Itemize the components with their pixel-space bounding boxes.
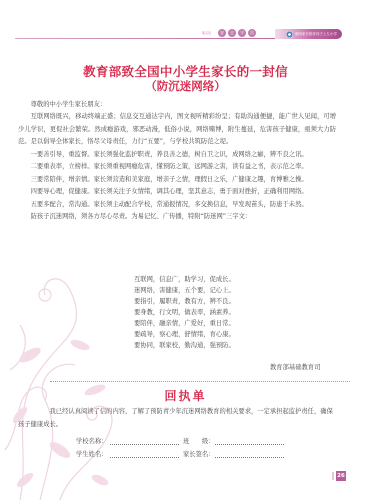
letter-paragraph: 二要重表率，立榜样。家长须重视网瘾危害，懂预防之策，远网游之害，读有益之书，表示… bbox=[18, 161, 336, 173]
letter-paragraph: 三要常陪伴，增亲情。家长须营造和美家庭，增亲子之情，理假日之乐，广健康之趣，育博… bbox=[18, 174, 336, 186]
page-subtitle: （防沉迷网络） bbox=[0, 78, 371, 94]
class-label: 班 级： bbox=[183, 436, 215, 445]
letter-paragraph: 五要多配合，常沟通。家长须主动配合学校，常通报情况，多交换信息，早发现苗头，防患… bbox=[18, 199, 336, 211]
form-row-school: 学校名称： 班 级： bbox=[76, 436, 288, 445]
student-name-label: 学生姓名： bbox=[76, 449, 110, 458]
letter-paragraph: 互联网络既兴，移动终端正盛；信息交互通达宇内，图文视听精彩纷呈；有助沟通便捷，能… bbox=[18, 111, 336, 148]
form-row-student: 学生姓名： 家长签名： bbox=[76, 449, 288, 458]
three-character-verse: 互联网，信息广，助学习，促成长。 迷网络，害健康，五个要，记心上。 要指引，履职… bbox=[134, 274, 235, 351]
floral-decoration-icon bbox=[0, 250, 140, 500]
letter-paragraph: 四要导心理，促健康。家长须关注子女情绪，调其心理，坚其意志，勇于面对挫折，正确利… bbox=[18, 186, 336, 198]
letter-salutation: 尊敬的中小学生家长朋友： bbox=[18, 99, 336, 111]
receipt-statement: 我已经认真阅读了信的内容，了解了预防青少年沉迷网络教育的相关要求，一定承担起监护… bbox=[18, 406, 336, 431]
verse-line: 要疏导，察心理，舒情绪，育心康。 bbox=[134, 329, 235, 340]
page-number: 26 bbox=[336, 471, 346, 481]
parent-signature-label: 家长签名： bbox=[183, 449, 215, 458]
page-tab-marker bbox=[332, 472, 334, 480]
verse-line: 迷网络，害健康，五个要，记心上。 bbox=[134, 285, 235, 296]
verse-line: 要协同，联家校，勤沟通，强预防。 bbox=[134, 340, 235, 351]
letter-paragraph: 一要善引导，重监督。家长须强化监护职责，养良善之德，树自卫之识，成网络之癖，辨不… bbox=[18, 149, 336, 161]
header-banner-text: 聪明家长陪伴孩子上九小学 bbox=[295, 32, 337, 37]
verse-line: 要陪伴，融亲情，广爱好，重日常。 bbox=[134, 318, 235, 329]
letter-signature: 教育部基础教育司 bbox=[270, 362, 320, 371]
verse-line: 要指引，履职责，教有方，辨不良。 bbox=[134, 296, 235, 307]
verse-line: 互联网，信息广，助学习，促成长。 bbox=[134, 274, 235, 285]
receipt-title: 回执单 bbox=[0, 387, 371, 404]
chapter-badge: 安 bbox=[218, 29, 226, 37]
chapter-badges: 安 全 守 法 bbox=[218, 29, 256, 37]
school-name-field[interactable] bbox=[110, 437, 179, 445]
receipt-text: 我已经认真阅读了信的内容，了解了预防青少年沉迷网络教育的相关要求，一定承担起监护… bbox=[18, 406, 336, 431]
book-logo-icon bbox=[286, 31, 293, 38]
class-field[interactable] bbox=[215, 437, 284, 445]
cut-line-divider bbox=[50, 381, 350, 382]
chapter-badge: 法 bbox=[248, 29, 256, 37]
chapter-badge: 全 bbox=[228, 29, 236, 37]
letter-body: 尊敬的中小学生家长朋友： 互联网络既兴，移动终端正盛；信息交互通达宇内，图文视听… bbox=[18, 99, 336, 224]
chapter-label: 第五章 bbox=[202, 31, 211, 35]
letter-paragraph: 防孩子沉迷网络，须各方尽心尽责。为易记忆、广传播，特附“防迷网”三字文： bbox=[18, 211, 336, 223]
student-name-field[interactable] bbox=[110, 450, 179, 458]
header-banner: 聪明家长陪伴孩子上九小学 bbox=[275, 29, 342, 39]
verse-line: 要身教，行文明，做表率，涵素养。 bbox=[134, 307, 235, 318]
chapter-badge: 守 bbox=[238, 29, 246, 37]
parent-signature-field[interactable] bbox=[215, 450, 284, 458]
school-name-label: 学校名称： bbox=[76, 436, 110, 445]
document-page: 第五章 安 全 守 法 聪明家长陪伴孩子上九小学 教育部致全国中小学生家长的一封… bbox=[0, 0, 371, 500]
